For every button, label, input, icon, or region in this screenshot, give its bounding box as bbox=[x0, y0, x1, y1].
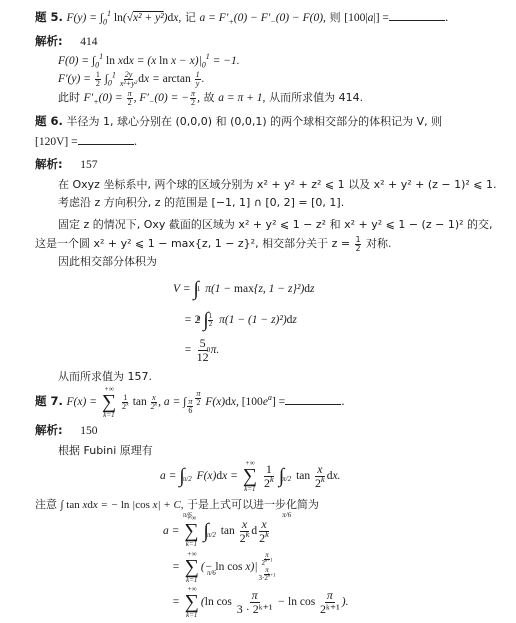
problem-6-para-4: 这是一个圆 x² + y² ⩽ 1 − max{z, 1 − z}², 相交部分… bbox=[35, 236, 391, 252]
answer-label: 解析: bbox=[35, 34, 63, 48]
problem-6-statement-line-2: [120V] =. bbox=[35, 134, 137, 149]
problem-6-conclusion: 从而所求值为 157. bbox=[58, 370, 152, 384]
answer-label: 解析: bbox=[35, 423, 63, 437]
answer-label: 解析: bbox=[35, 157, 63, 171]
problem-5-answer-row: 解析: 414 bbox=[35, 34, 98, 49]
problem-7-eq-3: = +∞∑k=1(− ln cos x)|π2k+1π3·2k+1 bbox=[172, 549, 277, 585]
problem-5-target: [100|a|] = bbox=[344, 12, 389, 24]
problem-7-eq-2: a = +∞∑k=1 ∫π/2π/6 tan x2kdx2k bbox=[163, 512, 271, 550]
period: . bbox=[341, 394, 345, 408]
answer-value: 150 bbox=[80, 425, 97, 437]
answer-value: 157 bbox=[80, 159, 97, 171]
problem-7-answer-row: 解析: 150 bbox=[35, 423, 98, 438]
problem-7-label: 题 7. bbox=[35, 394, 63, 408]
problem-7-para-1: 根据 Fubini 原理有 bbox=[58, 444, 153, 458]
problem-7-para-2: 注意 ∫ tan xdx = − ln |cos x| + C, 于是上式可以进… bbox=[35, 498, 319, 512]
problem-5-step-3: 此时 F′+(0) = π2, F′−(0) = −π2, 故 a = π + … bbox=[58, 90, 363, 107]
problem-6-label: 题 6. bbox=[35, 114, 63, 128]
problem-7-eq-1: a = ∫π/2π/6 F(x)dx = +∞∑k=1 12k ∫π/2π/6 … bbox=[160, 458, 340, 494]
problem-7-eq-4: = +∞∑k=1(ln cos π3 · 2ᵏ⁺¹ − ln cos π2ᵏ⁺¹… bbox=[172, 584, 348, 620]
text: 从而所求值为 414. bbox=[269, 91, 363, 104]
problem-6-statement-line-1: 题 6. 半径为 1, 球心分别在 (0,0,0) 和 (0,0,1) 的两个球… bbox=[35, 114, 442, 129]
problem-6-para-5: 因此相交部分体积为 bbox=[58, 255, 157, 269]
problem-5-label: 题 5. bbox=[35, 10, 63, 24]
problem-6-target: [120V] = bbox=[35, 136, 78, 148]
text: 此时 bbox=[58, 91, 80, 104]
problem-7-statement: 题 7. F(x) = +∞∑k=1 12x tan x2x, a = ∫π6π… bbox=[35, 386, 345, 419]
answer-blank bbox=[78, 134, 134, 145]
problem-5-step-2: F′(y) = 12 ∫01 2yx²+y²dx = arctan 1y. bbox=[58, 71, 204, 88]
problem-5-ze: 则 bbox=[330, 11, 341, 24]
problem-6-eq-1: V = ∫10 π(1 − max{z, 1 − z}²)dz bbox=[173, 274, 315, 304]
problem-6-eq-3: = 512π. bbox=[184, 336, 219, 364]
answer-value: 414 bbox=[80, 36, 97, 48]
formula: a = π + 1, bbox=[218, 92, 265, 104]
problem-6-para-1: 在 Oxyz 坐标系中, 两个球的区域分别为 x² + y² + z² ⩽ 1 … bbox=[58, 178, 497, 192]
problem-5-ji: 记 bbox=[185, 11, 196, 24]
period: . bbox=[134, 134, 138, 148]
answer-blank bbox=[389, 10, 445, 21]
problem-6-para-3: 固定 z 的情况下, Oxy 截面的区域为 x² + y² ⩽ 1 − z² 和… bbox=[58, 218, 493, 232]
problem-6-text: 半径为 1, 球心分别在 (0,0,0) 和 (0,0,1) 的两个球相交部分的… bbox=[67, 115, 443, 128]
problem-6-answer-row: 解析: 157 bbox=[35, 157, 98, 172]
problem-5-step-1: F(0) = ∫01 ln xdx = (x ln x − x)|01 = −1… bbox=[58, 54, 240, 68]
problem-5-statement: 题 5. F(y) = ∫01 ln(√x² + y²)dx, 记 a = F′… bbox=[35, 10, 449, 25]
problem-6-para-2: 考虑沿 z 方向积分, z 的范围是 [−1, 1] ∩ [0, 2] = [0… bbox=[58, 196, 344, 210]
text: 故 bbox=[204, 91, 215, 104]
period: . bbox=[445, 10, 449, 24]
problem-5-formula-a: a = F′+(0) − F′−(0) − F(0), bbox=[200, 12, 326, 24]
problem-5-formula-f: F(y) = ∫01 ln(√x² + y²)dx, bbox=[67, 12, 182, 24]
problem-6-eq-2: = 2 ∫120 π(1 − (1 − z)²)dz bbox=[184, 305, 297, 335]
answer-blank bbox=[285, 394, 341, 405]
